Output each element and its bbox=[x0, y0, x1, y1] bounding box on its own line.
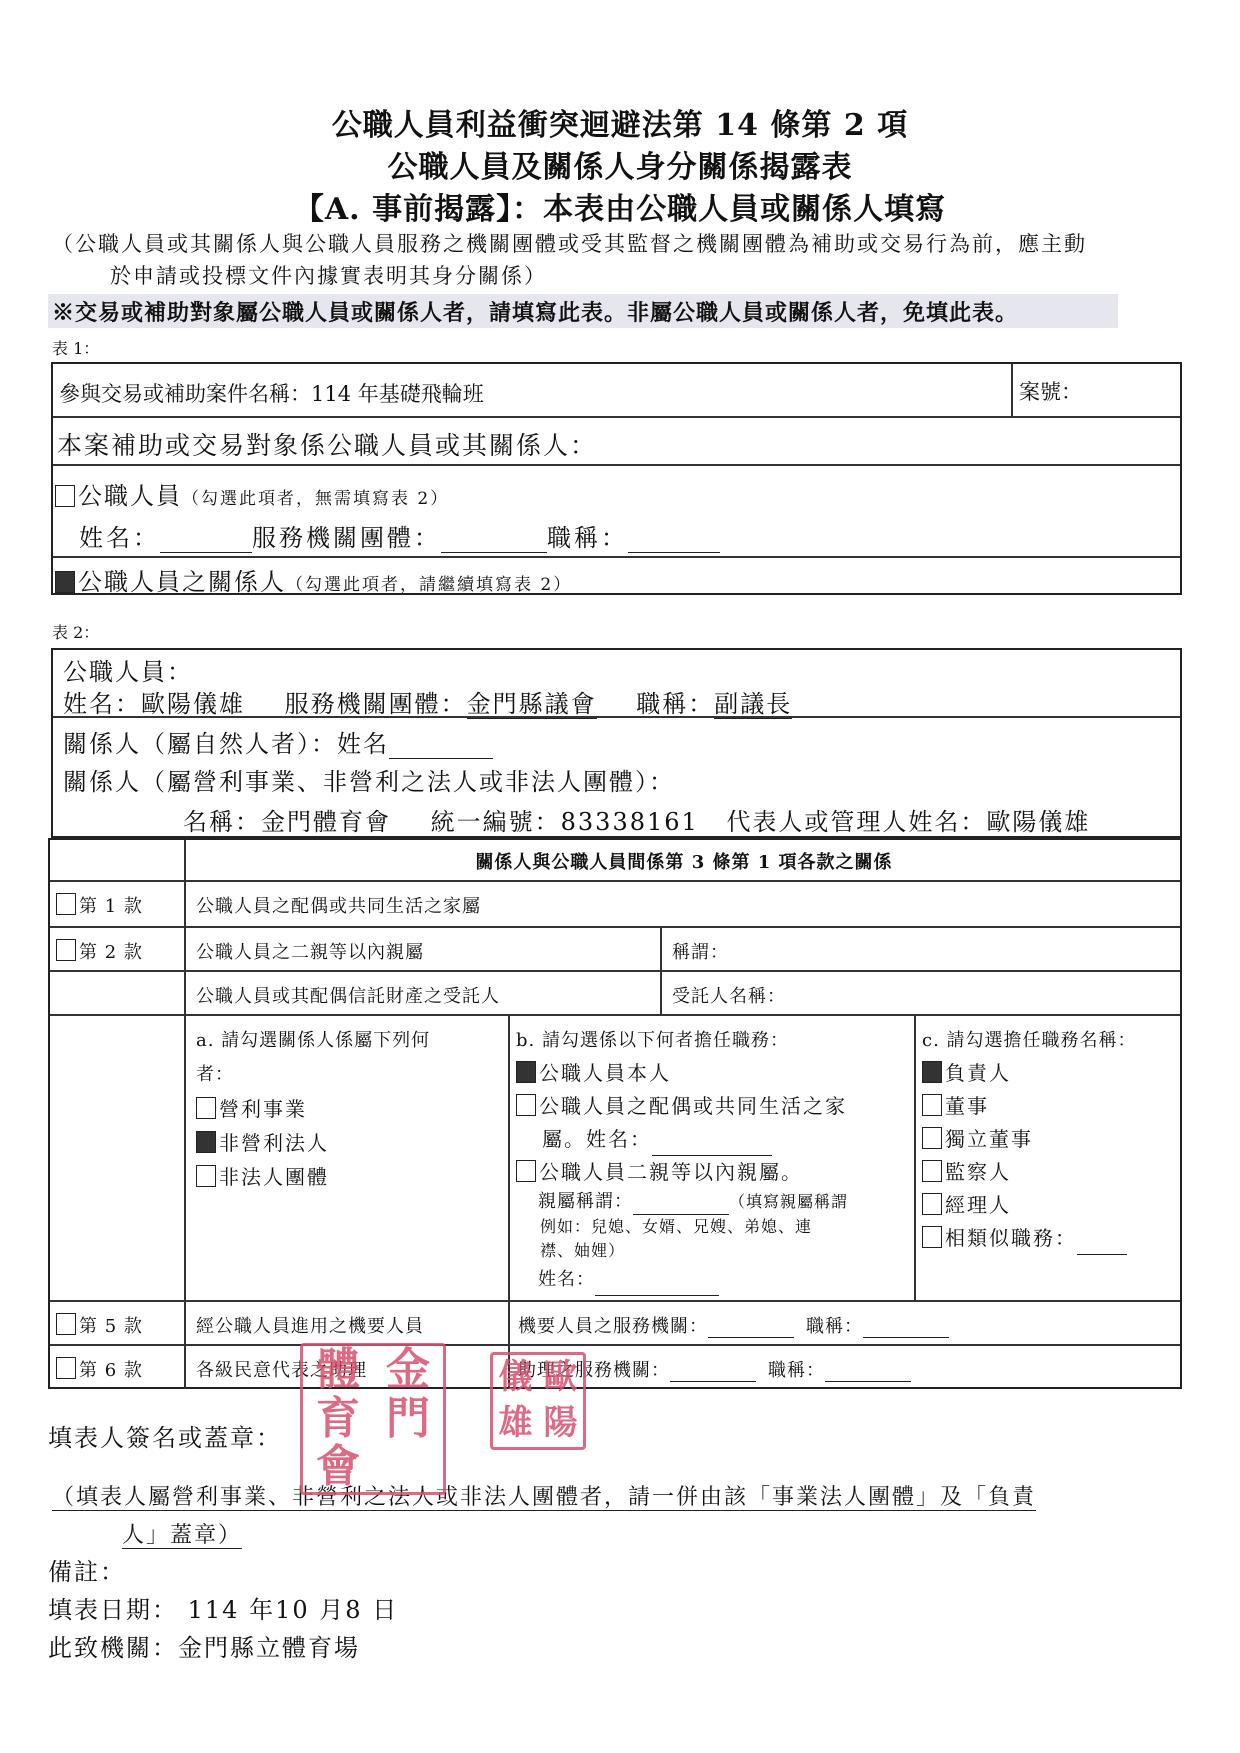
table1-label: 表 1： bbox=[52, 336, 99, 359]
clause6-agency-field[interactable] bbox=[670, 1359, 756, 1382]
date-month-unit: 月 bbox=[319, 1596, 345, 1624]
table2-label: 表 2： bbox=[52, 620, 99, 643]
form-title-line3: 【A. 事前揭露】：本表由公職人員或關係人填寫 bbox=[0, 184, 1240, 228]
official-option-label: 公職人員 bbox=[78, 482, 182, 510]
similar-position-checkbox[interactable] bbox=[922, 1226, 942, 1248]
official-agency-field[interactable] bbox=[441, 530, 547, 553]
clause2-field-label: 稱謂： bbox=[672, 942, 729, 963]
supervisor-label: 監察人 bbox=[945, 1160, 1011, 1184]
similar-position-field[interactable] bbox=[1077, 1232, 1127, 1255]
relative-checkbox[interactable] bbox=[516, 1160, 536, 1182]
clause2-desc: 公職人員之二親等以內親屬 bbox=[196, 938, 424, 964]
clause1-desc: 公職人員之配偶或共同生活之家屬 bbox=[196, 892, 481, 918]
clause5-agency-field[interactable] bbox=[708, 1315, 794, 1338]
clause5-title-label: 職稱： bbox=[806, 1316, 863, 1337]
official-name-field[interactable] bbox=[160, 530, 252, 553]
clause6-title-label: 職稱： bbox=[768, 1360, 825, 1381]
official-row: 公職人員（勾選此項者，無需填寫表 2） 姓名：服務機關團體：職稱： bbox=[53, 466, 1180, 558]
clause2-label: 第 2 款 bbox=[79, 942, 143, 963]
independent-director-label: 獨立董事 bbox=[945, 1127, 1033, 1151]
entity-id-value[interactable]: 83338161 bbox=[561, 808, 699, 837]
official-name-label: 姓名： bbox=[79, 524, 160, 552]
case-name-value[interactable]: 114 年基礎飛輪班 bbox=[311, 382, 484, 406]
entity-rep-value[interactable]: 歐陽儀雄 bbox=[986, 808, 1090, 837]
form-title-line1: 公職人員利益衝突迴避法第 14 條第 2 項 bbox=[0, 100, 1240, 144]
related-checkbox-checked[interactable] bbox=[55, 571, 75, 593]
date-day[interactable]: 8 bbox=[345, 1596, 362, 1624]
clause1-checkbox[interactable] bbox=[56, 893, 76, 915]
case-no-field[interactable] bbox=[1083, 376, 1173, 402]
col-a-title-line1: a. 請勾選關係人係屬下列何 bbox=[196, 1024, 430, 1058]
official-self-label: 公職人員本人 bbox=[539, 1061, 671, 1085]
date-day-unit: 日 bbox=[372, 1596, 398, 1624]
clause6-title-field[interactable] bbox=[825, 1359, 911, 1382]
remarks-label: 備註： bbox=[48, 1552, 126, 1587]
official-title-label: 職稱： bbox=[547, 524, 628, 552]
case-name-label: 參與交易或補助案件名稱： bbox=[59, 382, 311, 406]
form-title-line2: 公職人員及關係人身分關係揭露表 bbox=[0, 142, 1240, 186]
explanation-line1: （公職人員或其關係人與公職人員服務之機關團體或受其監督之機關團體為補助或交易行為… bbox=[52, 228, 1087, 258]
signature-note-line1: （填表人屬營利事業、非營利之法人或非法人團體者，請一併由該「事業法人團體」及「負… bbox=[52, 1485, 1036, 1511]
clause5-desc: 經公職人員進用之機要人員 bbox=[196, 1312, 424, 1338]
director-label: 董事 bbox=[945, 1094, 989, 1118]
natural-person-field[interactable] bbox=[389, 736, 493, 759]
kin-example-line2: 襟、妯娌） bbox=[516, 1239, 848, 1263]
director-checkbox[interactable] bbox=[922, 1094, 942, 1116]
col-a-title-line2: 者： bbox=[196, 1058, 430, 1092]
clause6-checkbox[interactable] bbox=[56, 1357, 76, 1379]
signature-note-line2: 人」蓋章） bbox=[122, 1523, 242, 1549]
related-info-row: 關係人（屬自然人者）：姓名 關係人（屬營利事業、非營利之法人或非法人團體）： 名… bbox=[53, 718, 1180, 838]
entity-rep-label: 代表人或管理人姓名： bbox=[726, 808, 986, 836]
kin-title-label: 親屬稱謂： bbox=[538, 1191, 633, 1212]
date-month[interactable]: 10 bbox=[275, 1596, 310, 1624]
responsible-person-label: 負責人 bbox=[945, 1061, 1011, 1085]
clause5-label: 第 5 款 bbox=[79, 1316, 143, 1337]
trustee-label: 受託人名稱： bbox=[672, 986, 786, 1007]
entity-name-label: 名稱： bbox=[183, 808, 261, 836]
subject-label: 本案補助或交易對象係公職人員或其關係人： bbox=[57, 426, 597, 462]
col-c-title: c. 請勾選擔任職務名稱： bbox=[922, 1024, 1137, 1057]
responsible-person-checkbox-checked[interactable] bbox=[922, 1061, 942, 1083]
non-profit-checkbox-checked[interactable] bbox=[196, 1131, 216, 1153]
case-row: 參與交易或補助案件名稱：114 年基礎飛輪班 案號： bbox=[53, 364, 1180, 418]
organization-seal: 體金 育門 會 bbox=[300, 1343, 446, 1495]
notice-text: ※交易或補助對象屬公職人員或關係人者，請填寫此表。非屬公職人員或關係人者，免填此… bbox=[52, 296, 1018, 327]
table2: 公職人員： 姓名：歐陽儀雄 服務機關團體：金門縣議會 職稱：副議長 關係人（屬自… bbox=[51, 648, 1182, 838]
official-checkbox[interactable] bbox=[55, 485, 75, 507]
manager-label: 經理人 bbox=[945, 1193, 1011, 1217]
date-label: 填表日期： bbox=[48, 1596, 178, 1624]
recipient-label: 此致機關： bbox=[48, 1634, 178, 1662]
personal-seal: 儀歐 雄陽 bbox=[490, 1352, 586, 1450]
entity-id-label: 統一編號： bbox=[431, 808, 561, 836]
official-title-field[interactable] bbox=[628, 530, 720, 553]
relationship-header: 關係人與公職人員間係第 3 條第 1 項各款之關係 bbox=[186, 848, 1182, 874]
official-agency-value[interactable]: 金門縣議會 bbox=[467, 690, 597, 719]
official-name-label: 姓名： bbox=[63, 690, 141, 718]
official-agency-label: 服務機關團體： bbox=[252, 524, 441, 552]
kin-name-field[interactable] bbox=[595, 1273, 719, 1296]
manager-checkbox[interactable] bbox=[922, 1193, 942, 1215]
official-info-row: 公職人員： 姓名：歐陽儀雄 服務機關團體：金門縣議會 職稱：副議長 bbox=[53, 650, 1180, 718]
relative-label: 公職人員二親等以內親屬。 bbox=[539, 1160, 803, 1184]
natural-person-label: 關係人（屬自然人者）：姓名 bbox=[63, 730, 389, 758]
spouse-name-label: 屬。姓名： bbox=[542, 1127, 652, 1151]
official-agency-label: 服務機關團體： bbox=[285, 690, 467, 718]
spouse-label: 公職人員之配偶或共同生活之家 bbox=[539, 1094, 847, 1118]
clause5-title-field[interactable] bbox=[863, 1315, 949, 1338]
unincorporated-checkbox[interactable] bbox=[196, 1165, 216, 1187]
official-option-hint: （勾選此項者，無需填寫表 2） bbox=[182, 489, 449, 509]
clause1-label: 第 1 款 bbox=[79, 896, 143, 917]
kin-example-line1: 例如：兒媳、女婿、兄嫂、弟媳、連 bbox=[516, 1215, 848, 1239]
clause5-checkbox[interactable] bbox=[56, 1313, 76, 1335]
official-self-checkbox-checked[interactable] bbox=[516, 1061, 536, 1083]
clause3-desc: 公職人員或其配偶信託財產之受託人 bbox=[196, 982, 500, 1008]
for-profit-checkbox[interactable] bbox=[196, 1097, 216, 1119]
signature-label: 填表人簽名或蓋章： bbox=[48, 1418, 282, 1453]
related-row: 公職人員之關係人（勾選此項者，請繼續填寫表 2） bbox=[53, 558, 1180, 595]
col-b-title: b. 請勾選係以下何者擔任職務： bbox=[516, 1024, 848, 1057]
entity-name-value[interactable]: 金門體育會 bbox=[261, 808, 391, 837]
case-no-label: 案號： bbox=[1019, 376, 1082, 406]
date-year[interactable]: 114 bbox=[188, 1596, 240, 1624]
kin-hint: （填寫親屬稱謂 bbox=[729, 1192, 848, 1211]
official-heading: 公職人員： bbox=[63, 652, 193, 687]
clause2-checkbox[interactable] bbox=[56, 939, 76, 961]
entity-label: 關係人（屬營利事業、非營利之法人或非法人團體）： bbox=[63, 762, 675, 797]
supervisor-checkbox[interactable] bbox=[922, 1160, 942, 1182]
non-profit-label: 非營利法人 bbox=[219, 1131, 329, 1155]
clause6-label: 第 6 款 bbox=[79, 1360, 143, 1381]
for-profit-label: 營利事業 bbox=[219, 1097, 307, 1121]
explanation-line2: 於申請或投標文件內據實表明其身分關係） bbox=[110, 260, 547, 290]
official-name-value[interactable]: 歐陽儀雄 bbox=[141, 690, 245, 718]
recipient-value: 金門縣立體育場 bbox=[178, 1634, 360, 1662]
spouse-name-field[interactable] bbox=[652, 1133, 772, 1156]
official-title-value[interactable]: 副議長 bbox=[714, 690, 792, 719]
relationship-table: 關係人與公職人員間係第 3 條第 1 項各款之關係 第 1 款 公職人員之配偶或… bbox=[48, 838, 1182, 1389]
spouse-checkbox[interactable] bbox=[516, 1094, 536, 1116]
subject-row: 本案補助或交易對象係公職人員或其關係人： bbox=[53, 418, 1180, 466]
clause5-agency-label: 機要人員之服務機關： bbox=[518, 1316, 708, 1337]
official-title-label: 職稱： bbox=[636, 690, 714, 718]
related-option-hint: （勾選此項者，請繼續填寫表 2） bbox=[286, 575, 572, 595]
date-year-unit: 年 bbox=[249, 1596, 275, 1624]
kin-name-label: 姓名： bbox=[538, 1269, 595, 1290]
related-option-label: 公職人員之關係人 bbox=[78, 568, 286, 596]
unincorporated-label: 非法人團體 bbox=[219, 1165, 329, 1189]
similar-position-label: 相類似職務： bbox=[945, 1226, 1077, 1250]
kin-title-field[interactable] bbox=[633, 1196, 729, 1215]
table1: 參與交易或補助案件名稱：114 年基礎飛輪班 案號： 本案補助或交易對象係公職人… bbox=[51, 362, 1182, 595]
independent-director-checkbox[interactable] bbox=[922, 1127, 942, 1149]
